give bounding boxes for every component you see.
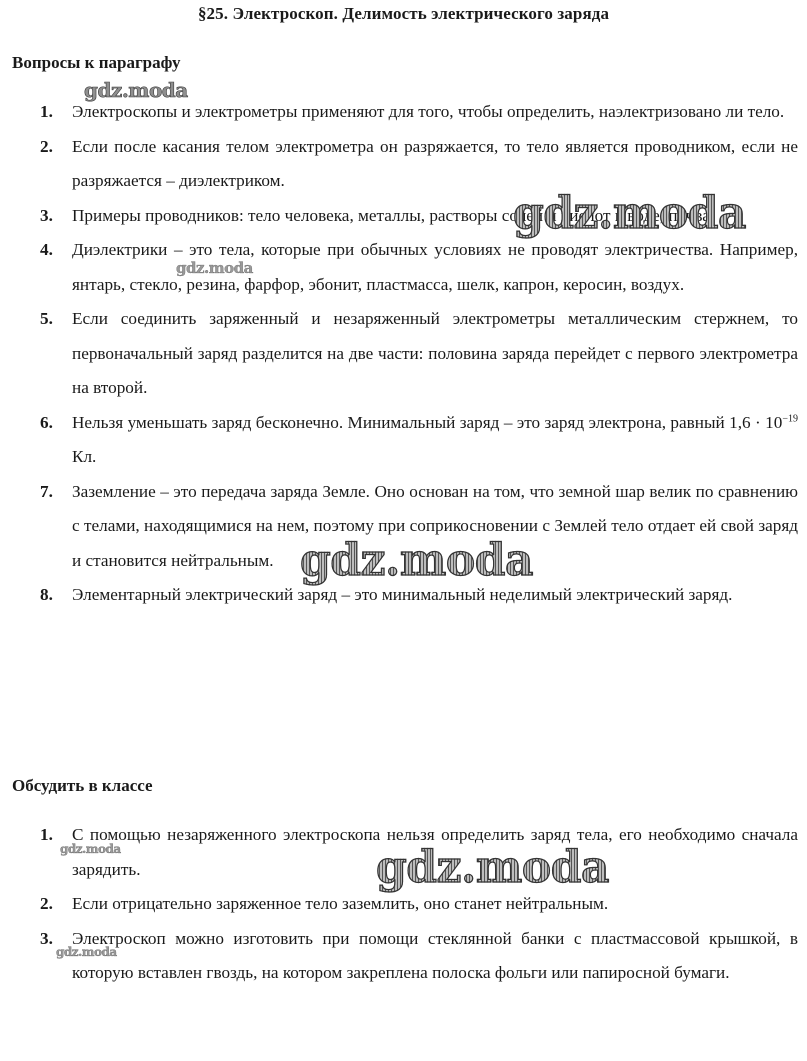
item-text-main: Нельзя уменьшать заряд бесконечно. Миним… [72,413,782,432]
list-item: 5.Если соединить заряженный и незаряженн… [0,302,807,406]
item-number: 4. [40,233,53,268]
item-text: Диэлектрики – это тела, которые при обыч… [72,233,798,302]
list-item: 2.Если отрицательно заряженное тело зазе… [0,887,807,922]
exponent: −19 [782,413,798,424]
list-item: 7.Заземление – это передача заряда Земле… [0,475,807,579]
item-number: 1. [40,818,53,853]
item-text: Примеры проводников: тело человека, мета… [72,199,798,234]
discuss-list: 1.С помощью незаряженного электроскопа н… [0,818,807,991]
item-text: Элементарный электрический заряд – это м… [72,578,798,613]
list-item: 6.Нельзя уменьшать заряд бесконечно. Мин… [0,406,807,475]
item-number: 7. [40,475,53,510]
list-item: 4.Диэлектрики – это тела, которые при об… [0,233,807,302]
item-text: Если соединить заряженный и незаряженный… [72,302,798,406]
item-text: Нельзя уменьшать заряд бесконечно. Миним… [72,406,798,475]
item-number: 3. [40,922,53,957]
item-text: Если после касания телом электрометра он… [72,130,798,199]
item-number: 1. [40,95,53,130]
list-item: 8.Элементарный электрический заряд – это… [0,578,807,613]
item-text: Заземление – это передача заряда Земле. … [72,475,798,579]
item-text: Если отрицательно заряженное тело заземл… [72,887,798,922]
list-item: 3.Примеры проводников: тело человека, ме… [0,199,807,234]
list-item: 1.Электроскопы и электрометры применяют … [0,95,807,130]
questions-list: 1.Электроскопы и электрометры применяют … [0,95,807,613]
list-item: 1.С помощью незаряженного электроскопа н… [0,818,807,887]
list-item: 2.Если после касания телом электрометра … [0,130,807,199]
item-number: 2. [40,130,53,165]
item-number: 2. [40,887,53,922]
page-title: §25. Электроскоп. Делимость электрическо… [0,4,807,24]
item-text-unit: Кл. [72,447,96,466]
section-heading-discuss: Обсудить в классе [12,776,153,796]
item-number: 5. [40,302,53,337]
item-number: 8. [40,578,53,613]
item-text: Электроскоп можно изготовить при помощи … [72,922,798,991]
item-number: 6. [40,406,53,441]
item-text: Электроскопы и электрометры применяют дл… [72,95,798,130]
item-text: С помощью незаряженного электроскопа нел… [72,818,798,887]
section-heading-questions: Вопросы к параграфу [12,53,180,73]
list-item: 3.Электроскоп можно изготовить при помощ… [0,922,807,991]
item-number: 3. [40,199,53,234]
